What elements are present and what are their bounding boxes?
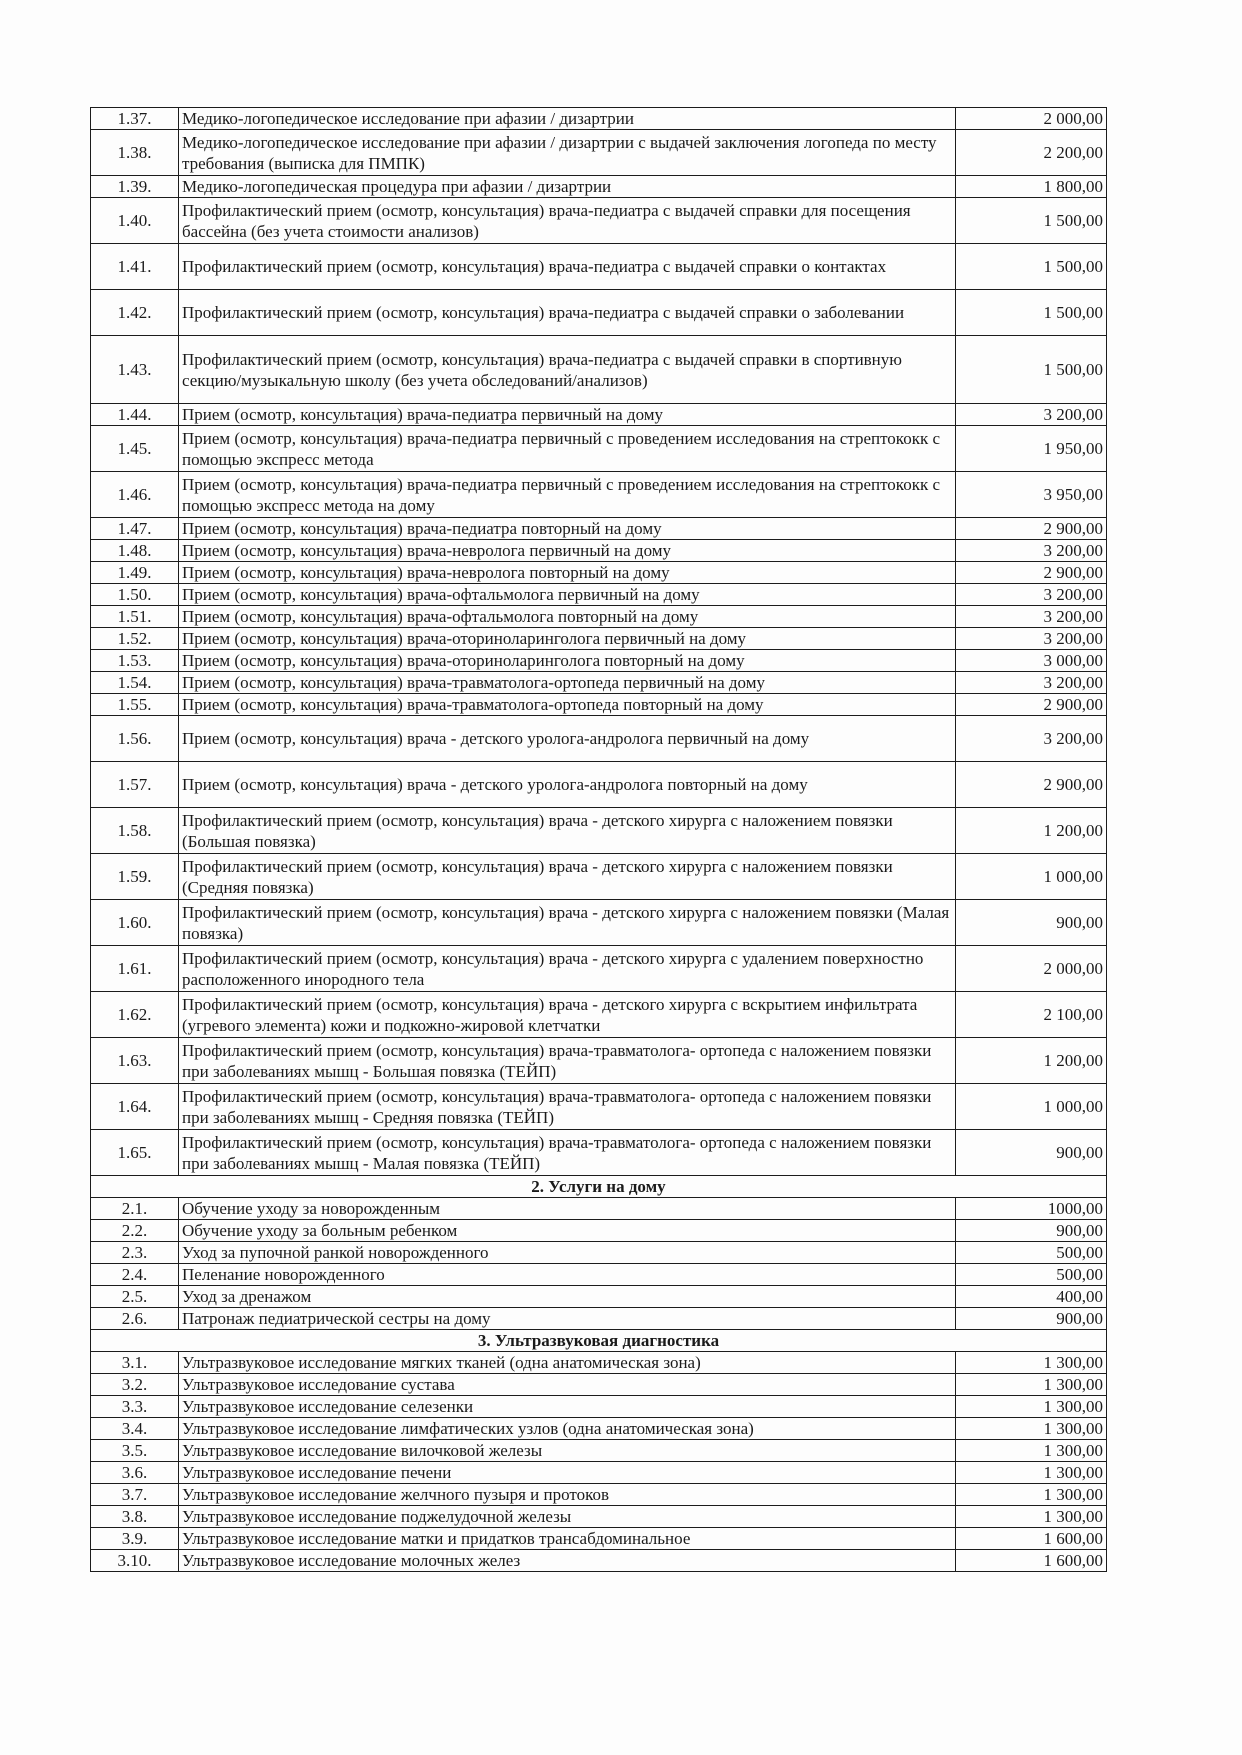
service-number: 3.6.	[91, 1462, 179, 1484]
table-row: 2.2.Обучение уходу за больным ребенком90…	[91, 1220, 1107, 1242]
service-number: 3.5.	[91, 1440, 179, 1462]
service-price: 2 000,00	[956, 946, 1107, 992]
table-row: 3.10.Ультразвуковое исследование молочны…	[91, 1550, 1107, 1572]
table-row: 1.49.Прием (осмотр, консультация) врача-…	[91, 562, 1107, 584]
service-price: 1 300,00	[956, 1506, 1107, 1528]
service-number: 3.3.	[91, 1396, 179, 1418]
table-row: 2.1.Обучение уходу за новорожденным1000,…	[91, 1198, 1107, 1220]
service-description: Профилактический прием (осмотр, консульт…	[179, 992, 956, 1038]
service-number: 3.4.	[91, 1418, 179, 1440]
service-number: 1.40.	[91, 198, 179, 244]
service-description: Профилактический прием (осмотр, консульт…	[179, 946, 956, 992]
service-description: Прием (осмотр, консультация) врача-отори…	[179, 628, 956, 650]
table-row: 2.5.Уход за дренажом400,00	[91, 1286, 1107, 1308]
service-number: 1.54.	[91, 672, 179, 694]
service-description: Медико-логопедическое исследование при а…	[179, 108, 956, 130]
service-description: Ультразвуковое исследование вилочковой ж…	[179, 1440, 956, 1462]
table-row: 1.50.Прием (осмотр, консультация) врача-…	[91, 584, 1107, 606]
table-row: 1.37.Медико-логопедическое исследование …	[91, 108, 1107, 130]
service-price: 3 000,00	[956, 650, 1107, 672]
section-title: 3. Ультразвуковая диагностика	[91, 1330, 1107, 1352]
table-row: 3.2.Ультразвуковое исследование сустава1…	[91, 1374, 1107, 1396]
service-description: Профилактический прием (осмотр, консульт…	[179, 198, 956, 244]
service-description: Профилактический прием (осмотр, консульт…	[179, 1130, 956, 1176]
service-price: 1 600,00	[956, 1550, 1107, 1572]
service-price: 1 000,00	[956, 1084, 1107, 1130]
service-price: 2 000,00	[956, 108, 1107, 130]
service-number: 2.3.	[91, 1242, 179, 1264]
table-row: 3.6.Ультразвуковое исследование печени1 …	[91, 1462, 1107, 1484]
table-row: 1.59.Профилактический прием (осмотр, кон…	[91, 854, 1107, 900]
service-description: Ультразвуковое исследование матки и прид…	[179, 1528, 956, 1550]
service-number: 1.64.	[91, 1084, 179, 1130]
service-number: 1.42.	[91, 290, 179, 336]
service-price: 1 500,00	[956, 336, 1107, 404]
service-number: 1.39.	[91, 176, 179, 198]
table-row: 3.8.Ультразвуковое исследование поджелуд…	[91, 1506, 1107, 1528]
table-row: 1.38.Медико-логопедическое исследование …	[91, 130, 1107, 176]
service-number: 1.52.	[91, 628, 179, 650]
service-number: 1.63.	[91, 1038, 179, 1084]
service-number: 2.6.	[91, 1308, 179, 1330]
service-description: Профилактический прием (осмотр, консульт…	[179, 1084, 956, 1130]
service-description: Профилактический прием (осмотр, консульт…	[179, 808, 956, 854]
table-row: 1.62.Профилактический прием (осмотр, кон…	[91, 992, 1107, 1038]
service-number: 1.48.	[91, 540, 179, 562]
service-number: 1.51.	[91, 606, 179, 628]
table-row: 2.4.Пеленание новорожденного500,00	[91, 1264, 1107, 1286]
service-price: 3 200,00	[956, 628, 1107, 650]
service-price: 1 600,00	[956, 1528, 1107, 1550]
service-price: 900,00	[956, 900, 1107, 946]
service-price: 1 300,00	[956, 1462, 1107, 1484]
service-price: 500,00	[956, 1264, 1107, 1286]
service-price: 3 200,00	[956, 540, 1107, 562]
service-price: 2 900,00	[956, 518, 1107, 540]
service-price: 1 800,00	[956, 176, 1107, 198]
service-number: 1.60.	[91, 900, 179, 946]
table-row: 1.39.Медико-логопедическая процедура при…	[91, 176, 1107, 198]
price-list-body: 1.37.Медико-логопедическое исследование …	[91, 108, 1107, 1572]
table-row: 1.60.Профилактический прием (осмотр, кон…	[91, 900, 1107, 946]
service-description: Прием (осмотр, консультация) врача-офтал…	[179, 606, 956, 628]
service-number: 1.56.	[91, 716, 179, 762]
service-price: 2 100,00	[956, 992, 1107, 1038]
service-price: 1 300,00	[956, 1352, 1107, 1374]
service-price: 1 500,00	[956, 244, 1107, 290]
service-number: 3.10.	[91, 1550, 179, 1572]
service-description: Прием (осмотр, консультация) врача-отори…	[179, 650, 956, 672]
service-description: Ультразвуковое исследование мягких ткане…	[179, 1352, 956, 1374]
service-price: 2 900,00	[956, 762, 1107, 808]
service-price: 900,00	[956, 1308, 1107, 1330]
service-description: Ультразвуковое исследование селезенки	[179, 1396, 956, 1418]
table-row: 1.53.Прием (осмотр, консультация) врача-…	[91, 650, 1107, 672]
service-description: Ультразвуковое исследование лимфатически…	[179, 1418, 956, 1440]
table-row: 3.4.Ультразвуковое исследование лимфатич…	[91, 1418, 1107, 1440]
service-number: 2.1.	[91, 1198, 179, 1220]
table-row: 1.58.Профилактический прием (осмотр, кон…	[91, 808, 1107, 854]
service-description: Прием (осмотр, консультация) врача-педиа…	[179, 426, 956, 472]
service-price: 1 200,00	[956, 1038, 1107, 1084]
service-description: Прием (осмотр, консультация) врача-травм…	[179, 672, 956, 694]
service-price: 3 200,00	[956, 716, 1107, 762]
service-number: 2.5.	[91, 1286, 179, 1308]
service-description: Прием (осмотр, консультация) врача-педиа…	[179, 472, 956, 518]
service-number: 1.53.	[91, 650, 179, 672]
service-number: 1.65.	[91, 1130, 179, 1176]
service-price: 2 200,00	[956, 130, 1107, 176]
service-description: Прием (осмотр, консультация) врача-офтал…	[179, 584, 956, 606]
service-description: Медико-логопедическая процедура при афаз…	[179, 176, 956, 198]
service-number: 1.37.	[91, 108, 179, 130]
service-description: Ультразвуковое исследование печени	[179, 1462, 956, 1484]
service-price: 3 200,00	[956, 606, 1107, 628]
service-price: 3 200,00	[956, 672, 1107, 694]
table-row: 1.54.Прием (осмотр, консультация) врача-…	[91, 672, 1107, 694]
price-list-table: 1.37.Медико-логопедическое исследование …	[90, 107, 1107, 1572]
service-description: Прием (осмотр, консультация) врача-травм…	[179, 694, 956, 716]
service-description: Обучение уходу за новорожденным	[179, 1198, 956, 1220]
service-number: 1.46.	[91, 472, 179, 518]
service-number: 3.7.	[91, 1484, 179, 1506]
table-row: 3.7.Ультразвуковое исследование желчного…	[91, 1484, 1107, 1506]
service-number: 1.49.	[91, 562, 179, 584]
section-title: 2. Услуги на дому	[91, 1176, 1107, 1198]
service-number: 1.44.	[91, 404, 179, 426]
service-number: 1.57.	[91, 762, 179, 808]
service-number: 1.45.	[91, 426, 179, 472]
table-row: 3.1.Ультразвуковое исследование мягких т…	[91, 1352, 1107, 1374]
service-description: Ультразвуковое исследование поджелудочно…	[179, 1506, 956, 1528]
service-price: 900,00	[956, 1220, 1107, 1242]
table-row: 1.48.Прием (осмотр, консультация) врача-…	[91, 540, 1107, 562]
service-description: Уход за дренажом	[179, 1286, 956, 1308]
service-price: 1 300,00	[956, 1484, 1107, 1506]
service-description: Профилактический прием (осмотр, консульт…	[179, 244, 956, 290]
section-header-row: 3. Ультразвуковая диагностика	[91, 1330, 1107, 1352]
service-description: Прием (осмотр, консультация) врача-педиа…	[179, 518, 956, 540]
service-price: 1 300,00	[956, 1418, 1107, 1440]
service-price: 1 950,00	[956, 426, 1107, 472]
service-price: 3 950,00	[956, 472, 1107, 518]
service-price: 1 300,00	[956, 1396, 1107, 1418]
table-row: 3.9.Ультразвуковое исследование матки и …	[91, 1528, 1107, 1550]
service-description: Профилактический прием (осмотр, консульт…	[179, 900, 956, 946]
service-number: 1.61.	[91, 946, 179, 992]
service-description: Прием (осмотр, консультация) врача-невро…	[179, 562, 956, 584]
table-row: 2.6.Патронаж педиатрической сестры на до…	[91, 1308, 1107, 1330]
service-description: Прием (осмотр, консультация) врача - дет…	[179, 762, 956, 808]
table-row: 1.56.Прием (осмотр, консультация) врача …	[91, 716, 1107, 762]
service-number: 1.43.	[91, 336, 179, 404]
table-row: 1.57.Прием (осмотр, консультация) врача …	[91, 762, 1107, 808]
table-row: 1.42.Профилактический прием (осмотр, кон…	[91, 290, 1107, 336]
table-row: 3.5.Ультразвуковое исследование вилочков…	[91, 1440, 1107, 1462]
service-number: 1.38.	[91, 130, 179, 176]
service-number: 1.50.	[91, 584, 179, 606]
service-description: Прием (осмотр, консультация) врача - дет…	[179, 716, 956, 762]
service-price: 3 200,00	[956, 404, 1107, 426]
table-row: 2.3.Уход за пупочной ранкой новорожденно…	[91, 1242, 1107, 1264]
service-number: 3.1.	[91, 1352, 179, 1374]
service-number: 1.41.	[91, 244, 179, 290]
service-price: 1000,00	[956, 1198, 1107, 1220]
service-description: Профилактический прием (осмотр, консульт…	[179, 854, 956, 900]
service-number: 3.8.	[91, 1506, 179, 1528]
table-row: 1.55.Прием (осмотр, консультация) врача-…	[91, 694, 1107, 716]
service-number: 1.62.	[91, 992, 179, 1038]
service-number: 1.59.	[91, 854, 179, 900]
table-row: 1.44.Прием (осмотр, консультация) врача-…	[91, 404, 1107, 426]
service-description: Ультразвуковое исследование молочных жел…	[179, 1550, 956, 1572]
service-description: Обучение уходу за больным ребенком	[179, 1220, 956, 1242]
service-number: 1.55.	[91, 694, 179, 716]
table-row: 1.63.Профилактический прием (осмотр, кон…	[91, 1038, 1107, 1084]
service-description: Ультразвуковое исследование желчного пуз…	[179, 1484, 956, 1506]
service-price: 500,00	[956, 1242, 1107, 1264]
service-description: Профилактический прием (осмотр, консульт…	[179, 336, 956, 404]
service-description: Профилактический прием (осмотр, консульт…	[179, 290, 956, 336]
service-number: 3.2.	[91, 1374, 179, 1396]
service-number: 1.58.	[91, 808, 179, 854]
table-row: 1.41.Профилактический прием (осмотр, кон…	[91, 244, 1107, 290]
service-price: 1 300,00	[956, 1374, 1107, 1396]
service-description: Ультразвуковое исследование сустава	[179, 1374, 956, 1396]
table-row: 1.51.Прием (осмотр, консультация) врача-…	[91, 606, 1107, 628]
service-number: 2.4.	[91, 1264, 179, 1286]
service-description: Прием (осмотр, консультация) врача-педиа…	[179, 404, 956, 426]
service-description: Уход за пупочной ранкой новорожденного	[179, 1242, 956, 1264]
table-row: 1.40.Профилактический прием (осмотр, кон…	[91, 198, 1107, 244]
service-price: 1 000,00	[956, 854, 1107, 900]
service-price: 2 900,00	[956, 562, 1107, 584]
table-row: 1.45.Прием (осмотр, консультация) врача-…	[91, 426, 1107, 472]
service-description: Патронаж педиатрической сестры на дому	[179, 1308, 956, 1330]
service-price: 1 200,00	[956, 808, 1107, 854]
service-number: 3.9.	[91, 1528, 179, 1550]
service-description: Медико-логопедическое исследование при а…	[179, 130, 956, 176]
service-description: Прием (осмотр, консультация) врача-невро…	[179, 540, 956, 562]
table-row: 1.64.Профилактический прием (осмотр, кон…	[91, 1084, 1107, 1130]
table-row: 1.46.Прием (осмотр, консультация) врача-…	[91, 472, 1107, 518]
scanned-document-page: 1.37.Медико-логопедическое исследование …	[0, 0, 1242, 1755]
table-row: 3.3.Ультразвуковое исследование селезенк…	[91, 1396, 1107, 1418]
service-price: 1 300,00	[956, 1440, 1107, 1462]
table-row: 1.61.Профилактический прием (осмотр, кон…	[91, 946, 1107, 992]
section-header-row: 2. Услуги на дому	[91, 1176, 1107, 1198]
service-price: 1 500,00	[956, 198, 1107, 244]
service-price: 900,00	[956, 1130, 1107, 1176]
service-price: 2 900,00	[956, 694, 1107, 716]
service-price: 1 500,00	[956, 290, 1107, 336]
service-number: 2.2.	[91, 1220, 179, 1242]
table-row: 1.47.Прием (осмотр, консультация) врача-…	[91, 518, 1107, 540]
table-row: 1.65.Профилактический прием (осмотр, кон…	[91, 1130, 1107, 1176]
table-row: 1.52.Прием (осмотр, консультация) врача-…	[91, 628, 1107, 650]
table-row: 1.43.Профилактический прием (осмотр, кон…	[91, 336, 1107, 404]
service-description: Пеленание новорожденного	[179, 1264, 956, 1286]
service-price: 400,00	[956, 1286, 1107, 1308]
service-price: 3 200,00	[956, 584, 1107, 606]
service-number: 1.47.	[91, 518, 179, 540]
service-description: Профилактический прием (осмотр, консульт…	[179, 1038, 956, 1084]
